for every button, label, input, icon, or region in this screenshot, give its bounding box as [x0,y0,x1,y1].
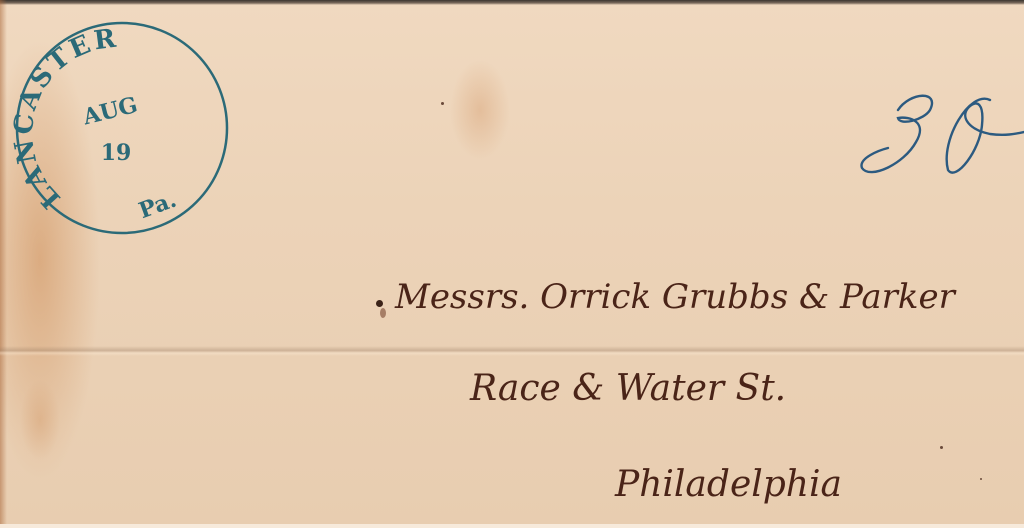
ink-blot [376,300,383,307]
paper-speck [940,446,943,449]
address-block: Messrs. Orrick Grubbs & Parker Race & Wa… [0,0,1024,528]
paper-speck [441,102,444,105]
address-line-city: Philadelphia [614,464,842,505]
paper-speck [980,478,982,480]
address-line-street: Race & Water St. [469,368,786,409]
address-line-addressee: Messrs. Orrick Grubbs & Parker [394,277,957,317]
ink-stain [380,308,386,318]
stampless-cover: LANCASTER AUG 19 Pa. 30 Messrs. Orrick G… [0,0,1024,528]
